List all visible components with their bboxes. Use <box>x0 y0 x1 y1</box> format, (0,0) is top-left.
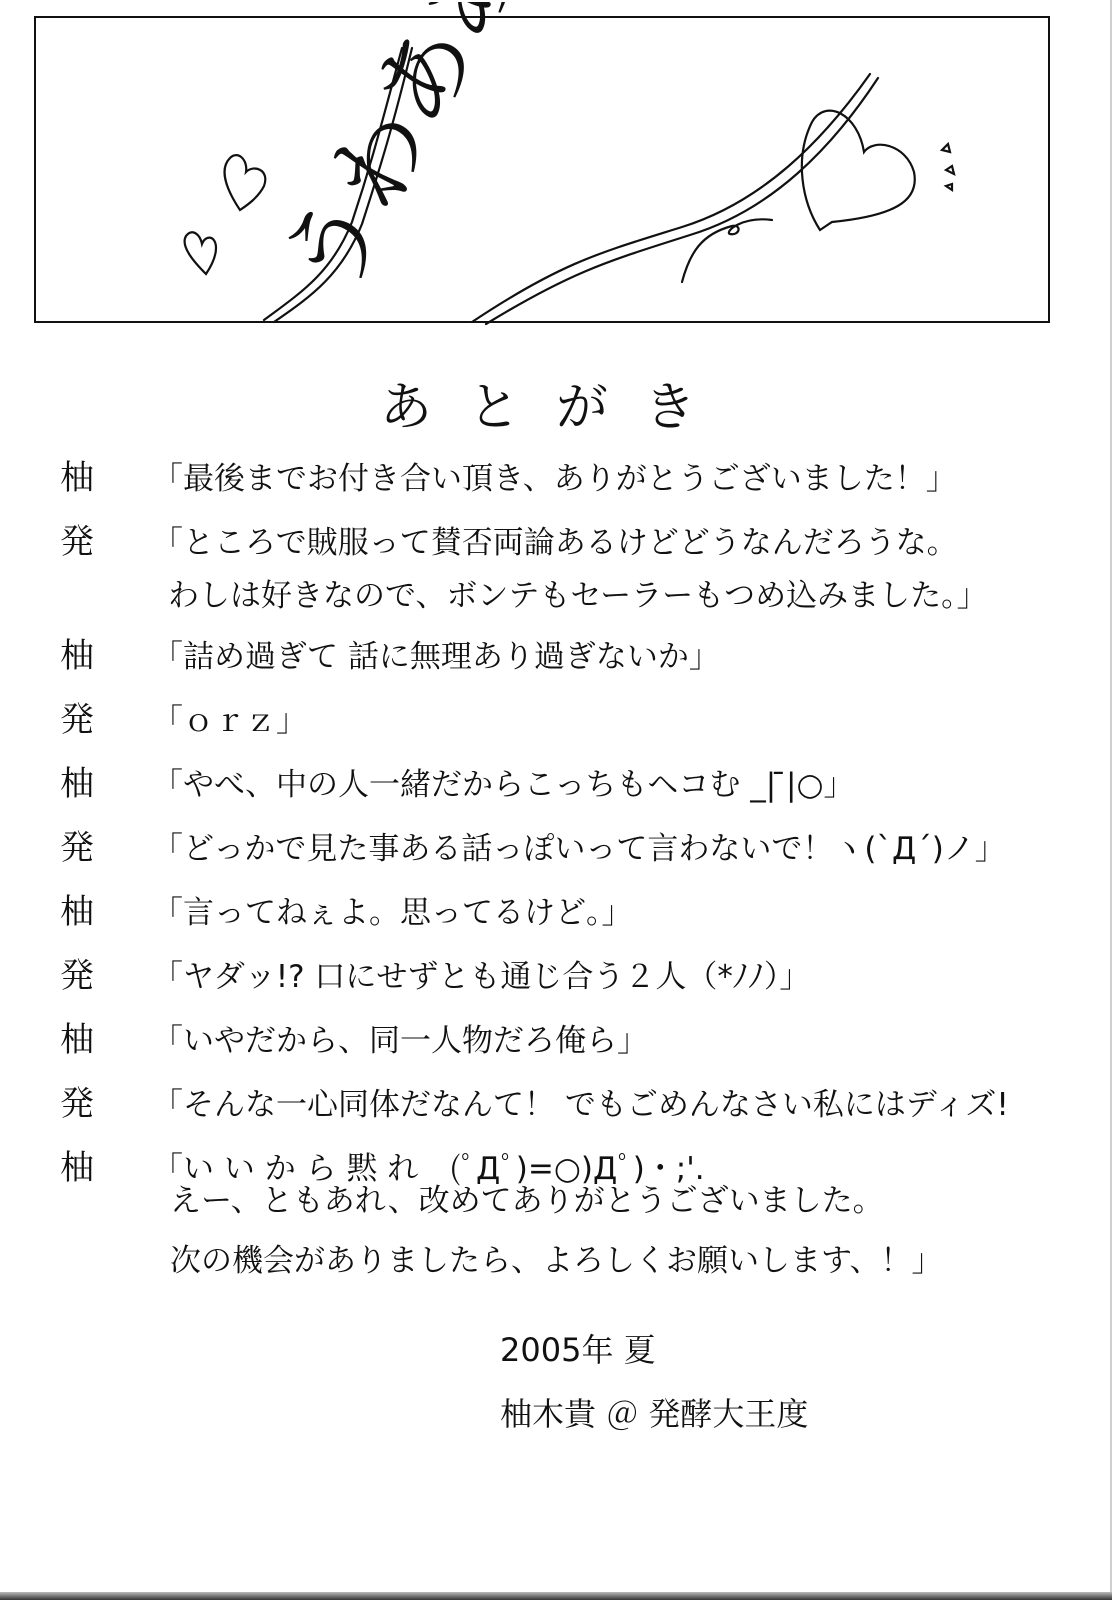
heart-icon <box>802 111 915 230</box>
speech-text: 「いやだから、同一人物だろ俺ら」 <box>152 1015 648 1060</box>
speaker-label: 柚 <box>60 628 152 677</box>
speaker-label: 柚 <box>60 884 152 933</box>
dialogue-line: 発 「ヤダッ!? 口にせずとも通じ合う２人（*ﾉﾉ）」 <box>60 948 1060 1012</box>
signoff-author: 柚木貴 ＠ 発酵大王度 <box>500 1389 808 1453</box>
signoff-date: 2005年 夏 <box>500 1325 808 1389</box>
dialogue-line: 発 「どっかで見た事ある話っぽいって言わないで！ヽ(`Д´)ノ」 <box>60 820 1060 884</box>
flow-line <box>472 74 870 322</box>
dialogue-line: 発 「ｏｒｚ」 <box>60 692 1060 756</box>
speaker-label: 発 <box>60 948 152 997</box>
speech-text: わしは好きなので、ボンテもセーラーもつめ込みました。」 <box>152 570 988 615</box>
curl-line <box>682 219 772 282</box>
dialogue-line: 柚 「やべ、中の人一緒だからこっちもヘコむ _| ̄|○」 <box>60 756 1060 820</box>
dialogue-list: 柚 「最後までお付き合い頂き、ありがとうございました！」 発 「ところで賊服って… <box>60 450 1060 1204</box>
speaker-label: 発 <box>60 514 152 563</box>
closing-line: えー、ともあれ、改めてありがとうございました。 <box>170 1175 943 1235</box>
dialogue-line: 柚 「いやだから、同一人物だろ俺ら」 <box>60 1012 1060 1076</box>
heart-icon <box>225 155 266 210</box>
dialogue-line: 柚 「詰め過ぎて 話に無理あり過ぎないか」 <box>60 628 1060 692</box>
page-heading: あとがき <box>0 365 1112 440</box>
speaker-label: 発 <box>60 820 152 869</box>
speaker-label: 発 <box>60 692 152 741</box>
dialogue-line: わしは好きなので、ボンテもセーラーもつめ込みました。」 <box>60 570 1060 628</box>
closing-line: 次の機会がありましたら、よろしくお願いします、！」 <box>170 1235 943 1295</box>
speech-text: 「ところで賊服って賛否両論あるけどどうなんだろうな。 <box>152 517 958 562</box>
dialogue-line: 発 「そんな一心同体だなんて！ でもごめんなさい私にはディズ! <box>60 1076 1060 1140</box>
speech-text: 「どっかで見た事ある話っぽいって言わないで！ヽ(`Д´)ノ」 <box>152 823 1006 868</box>
speech-text: 「ｏｒｚ」 <box>152 695 307 740</box>
speech-text: 「詰め過ぎて 話に無理あり過ぎないか」 <box>152 631 720 676</box>
speech-text: 「言ってねぇよ。思ってるけど。」 <box>152 887 633 932</box>
speaker-label: 発 <box>60 1076 152 1125</box>
speech-text: 「最後までお付き合い頂き、ありがとうございました！」 <box>152 453 957 498</box>
title-panel: うわあああ <box>34 16 1050 323</box>
speech-text: 「そんな一心同体だなんて！ でもごめんなさい私にはディズ! <box>152 1079 1009 1124</box>
speaker-label: 柚 <box>60 450 152 499</box>
dialogue-line: 柚 「最後までお付き合い頂き、ありがとうございました！」 <box>60 450 1060 514</box>
speech-text: 「やべ、中の人一緒だからこっちもヘコむ _| ̄|○」 <box>152 759 855 804</box>
closing-message: えー、ともあれ、改めてありがとうございました。 次の機会がありましたら、よろしく… <box>170 1175 943 1295</box>
scan-border <box>0 1592 1112 1600</box>
speaker-label: 柚 <box>60 1012 152 1061</box>
exclamation-text: うわあああ <box>263 2 587 313</box>
signoff: 2005年 夏 柚木貴 ＠ 発酵大王度 <box>500 1325 808 1453</box>
dialogue-line: 発 「ところで賊服って賛否両論あるけどどうなんだろうな。 <box>60 514 1060 578</box>
speaker-label: 柚 <box>60 1140 152 1189</box>
dialogue-line: 柚 「言ってねぇよ。思ってるけど。」 <box>60 884 1060 948</box>
speech-text: 「ヤダッ!? 口にせずとも通じ合う２人（*ﾉﾉ）」 <box>152 951 810 996</box>
panel-illustration: うわあああ <box>2 2 1112 342</box>
heart-icon <box>185 232 216 274</box>
speaker-label: 柚 <box>60 756 152 805</box>
sweat-drops-icon <box>942 144 954 190</box>
